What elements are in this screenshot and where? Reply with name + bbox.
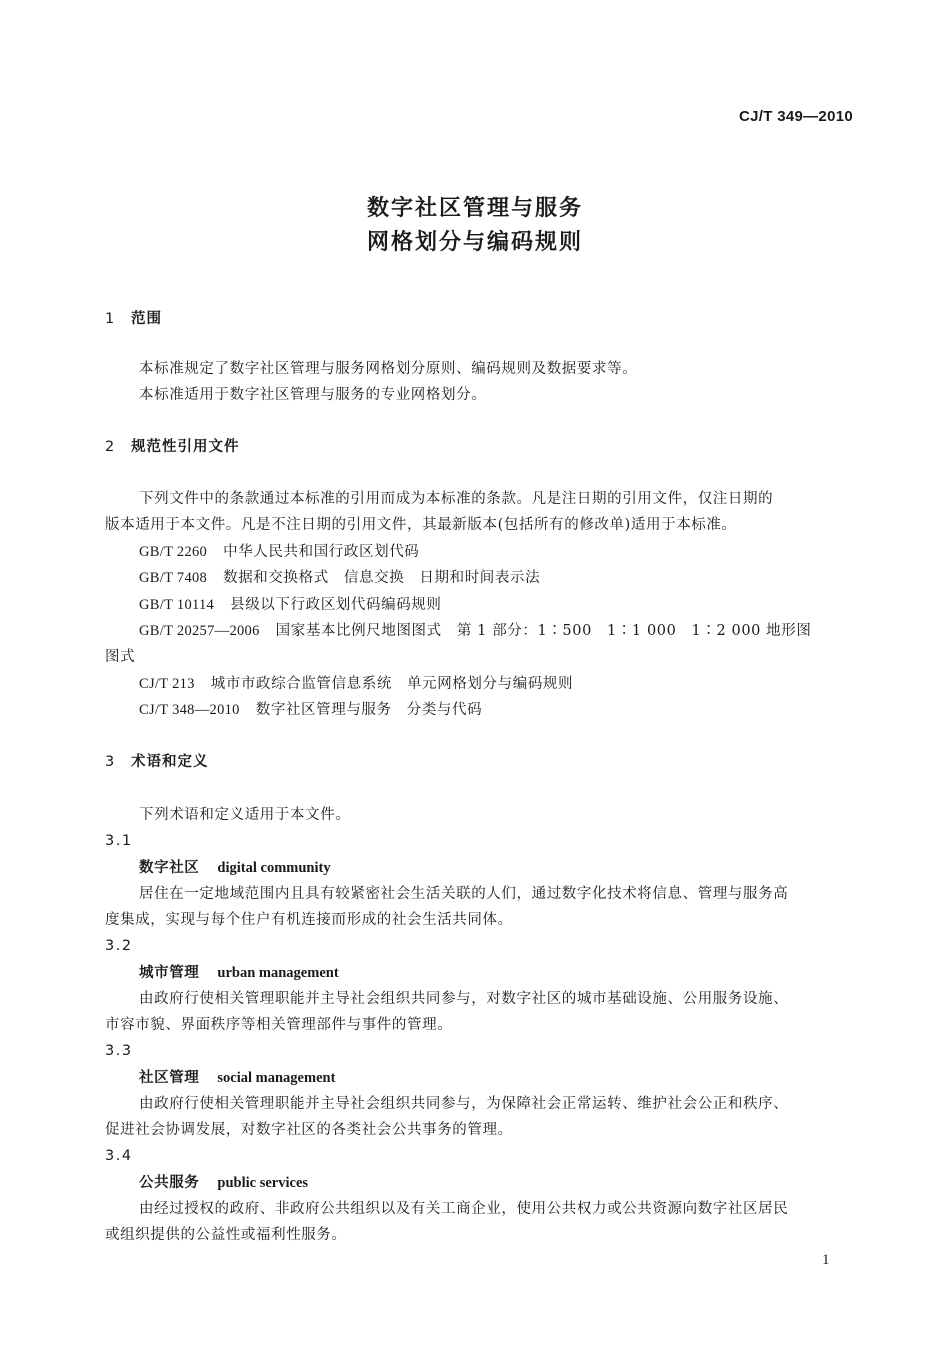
term-number: 3.3 xyxy=(105,1041,133,1061)
term-definition-line-1: 由政府行使相关管理职能并主导社会组织共同参与，对数字社区的城市基础设施、公用服务… xyxy=(139,989,788,1009)
reference-code: GB/T 2260 xyxy=(139,542,207,562)
term-zh: 数字社区 xyxy=(139,860,199,876)
section-number: 3 xyxy=(105,752,131,772)
section-title: 范围 xyxy=(131,311,162,327)
section-heading-normative-references: 2规范性引用文件 xyxy=(105,437,240,457)
term-definition-line-1: 由经过授权的政府、非政府公共组织以及有关工商企业，使用公共权力或公共资源向数字社… xyxy=(139,1199,788,1219)
term-definition-line-2: 或组织提供的公益性或福利性服务。 xyxy=(105,1225,347,1245)
reference-code: CJ/T 348—2010 xyxy=(139,700,240,720)
reference-item: GB/T 20257—2006国家基本比例尺地图图式 第 1 部分：1∶500 … xyxy=(139,621,811,641)
references-intro-line-2: 版本适用于本文件。凡是不注日期的引用文件，其最新版本(包括所有的修改单)适用于本… xyxy=(105,515,737,535)
terms-intro: 下列术语和定义适用于本文件。 xyxy=(139,805,350,825)
term-number: 3.4 xyxy=(105,1146,133,1166)
term-heading: 城市管理urban management xyxy=(139,963,339,983)
reference-title: 数据和交换格式 信息交换 日期和时间表示法 xyxy=(223,570,540,586)
document-title-line-1: 数字社区管理与服务 xyxy=(0,192,950,225)
scope-paragraph: 本标准规定了数字社区管理与服务网格划分原则、编码规则及数据要求等。 xyxy=(139,359,637,379)
reference-item: CJ/T 348—2010数字社区管理与服务 分类与代码 xyxy=(139,700,482,720)
section-number: 2 xyxy=(105,437,131,457)
reference-item: GB/T 2260中华人民共和国行政区划代码 xyxy=(139,542,419,562)
term-definition-line-1: 由政府行使相关管理职能并主导社会组织共同参与，为保障社会正常运转、维护社会公正和… xyxy=(139,1094,788,1114)
document-page: CJ/T 349—2010 数字社区管理与服务 网格划分与编码规则 1范围 本标… xyxy=(0,0,950,1360)
term-heading: 数字社区digital community xyxy=(139,858,331,878)
term-en: urban management xyxy=(217,965,338,981)
reference-title: 国家基本比例尺地图图式 第 1 部分：1∶500 1∶1 000 1∶2 000… xyxy=(276,623,812,639)
term-definition-line-2: 度集成，实现与每个住户有机连接而形成的社会生活共同体。 xyxy=(105,910,513,930)
term-zh: 社区管理 xyxy=(139,1070,199,1086)
reference-code: GB/T 10114 xyxy=(139,595,214,615)
page-number: 1 xyxy=(822,1252,830,1269)
section-heading-scope: 1范围 xyxy=(105,309,162,329)
term-number: 3.2 xyxy=(105,936,133,956)
standard-code: CJ/T 349—2010 xyxy=(739,108,853,125)
reference-title: 数字社区管理与服务 分类与代码 xyxy=(256,702,483,718)
reference-title-continuation: 图式 xyxy=(105,647,135,667)
reference-title: 城市市政综合监管信息系统 单元网格划分与编码规则 xyxy=(211,676,573,692)
section-title: 规范性引用文件 xyxy=(131,439,240,455)
reference-title: 中华人民共和国行政区划代码 xyxy=(223,544,419,560)
term-zh: 城市管理 xyxy=(139,965,199,981)
reference-code: GB/T 7408 xyxy=(139,568,207,588)
reference-item: GB/T 7408数据和交换格式 信息交换 日期和时间表示法 xyxy=(139,568,540,588)
reference-item: CJ/T 213城市市政综合监管信息系统 单元网格划分与编码规则 xyxy=(139,674,573,694)
reference-title: 县级以下行政区划代码编码规则 xyxy=(230,597,441,613)
term-en: public services xyxy=(217,1175,308,1191)
term-number: 3.1 xyxy=(105,831,133,851)
reference-code: GB/T 20257—2006 xyxy=(139,621,260,641)
term-heading: 社区管理social management xyxy=(139,1068,335,1088)
section-number: 1 xyxy=(105,309,131,329)
term-definition-line-1: 居住在一定地域范围内且具有较紧密社会生活关联的人们，通过数字化技术将信息、管理与… xyxy=(139,884,788,904)
term-en: social management xyxy=(217,1070,335,1086)
section-title: 术语和定义 xyxy=(131,754,209,770)
term-definition-line-2: 促进社会协调发展，对数字社区的各类社会公共事务的管理。 xyxy=(105,1120,513,1140)
scope-paragraph: 本标准适用于数字社区管理与服务的专业网格划分。 xyxy=(139,385,486,405)
reference-code: CJ/T 213 xyxy=(139,674,195,694)
term-zh: 公共服务 xyxy=(139,1175,199,1191)
references-intro-line-1: 下列文件中的条款通过本标准的引用而成为本标准的条款。凡是注日期的引用文件，仅注日… xyxy=(139,489,773,509)
section-heading-terms: 3术语和定义 xyxy=(105,752,209,772)
term-heading: 公共服务public services xyxy=(139,1173,308,1193)
term-en: digital community xyxy=(217,860,330,876)
document-title-line-2: 网格划分与编码规则 xyxy=(0,226,950,259)
term-definition-line-2: 市容市貌、界面秩序等相关管理部件与事件的管理。 xyxy=(105,1015,452,1035)
reference-item: GB/T 10114县级以下行政区划代码编码规则 xyxy=(139,595,442,615)
